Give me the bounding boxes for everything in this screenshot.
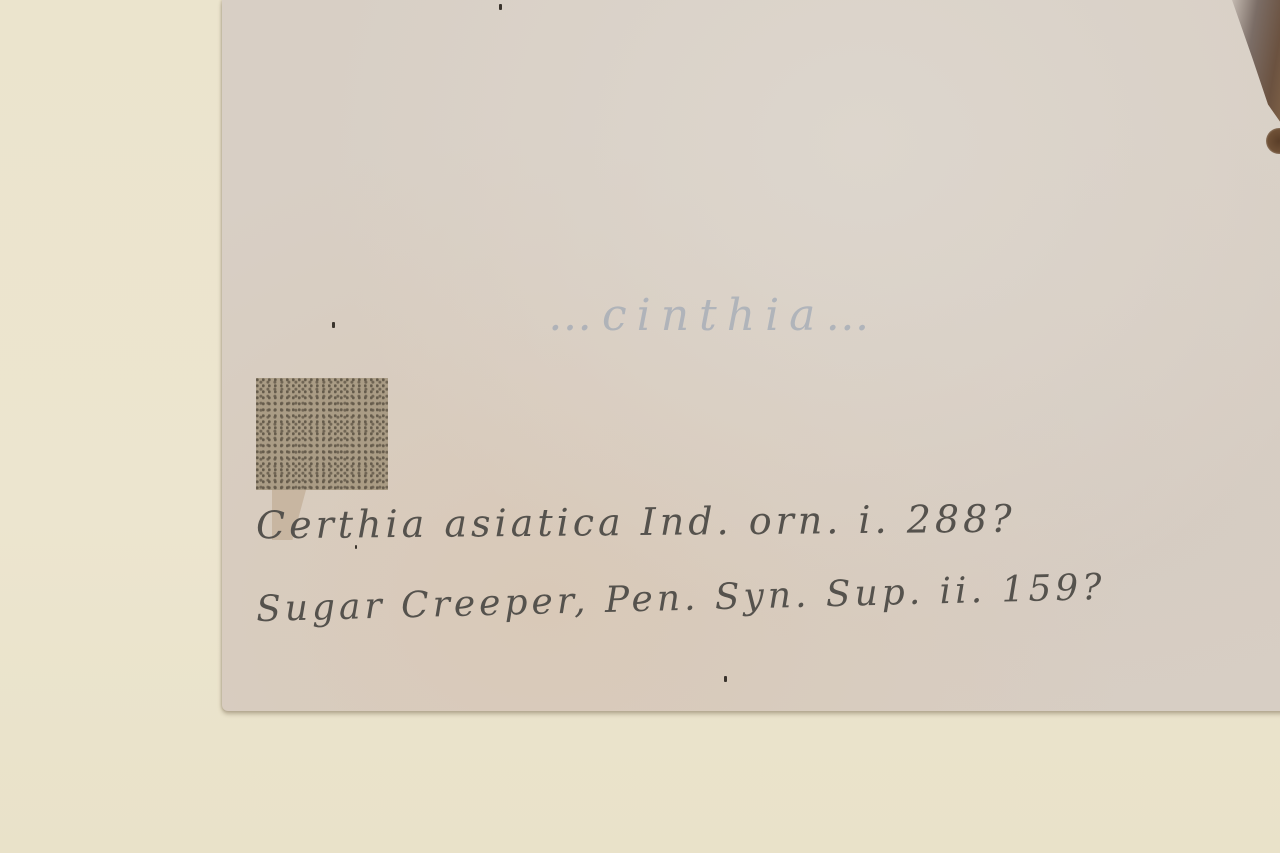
speck (724, 676, 727, 682)
paint-drop (1266, 128, 1280, 154)
faint-blue-pencil-note: …cinthia… (548, 290, 1028, 380)
handwritten-line-1: Certhia asiatica Ind. orn. i. 288? (256, 497, 1016, 548)
hinge-remnant (256, 378, 388, 490)
speck (499, 4, 502, 10)
speck (355, 545, 357, 549)
speck (332, 322, 335, 328)
paint-stain (1224, 0, 1280, 190)
